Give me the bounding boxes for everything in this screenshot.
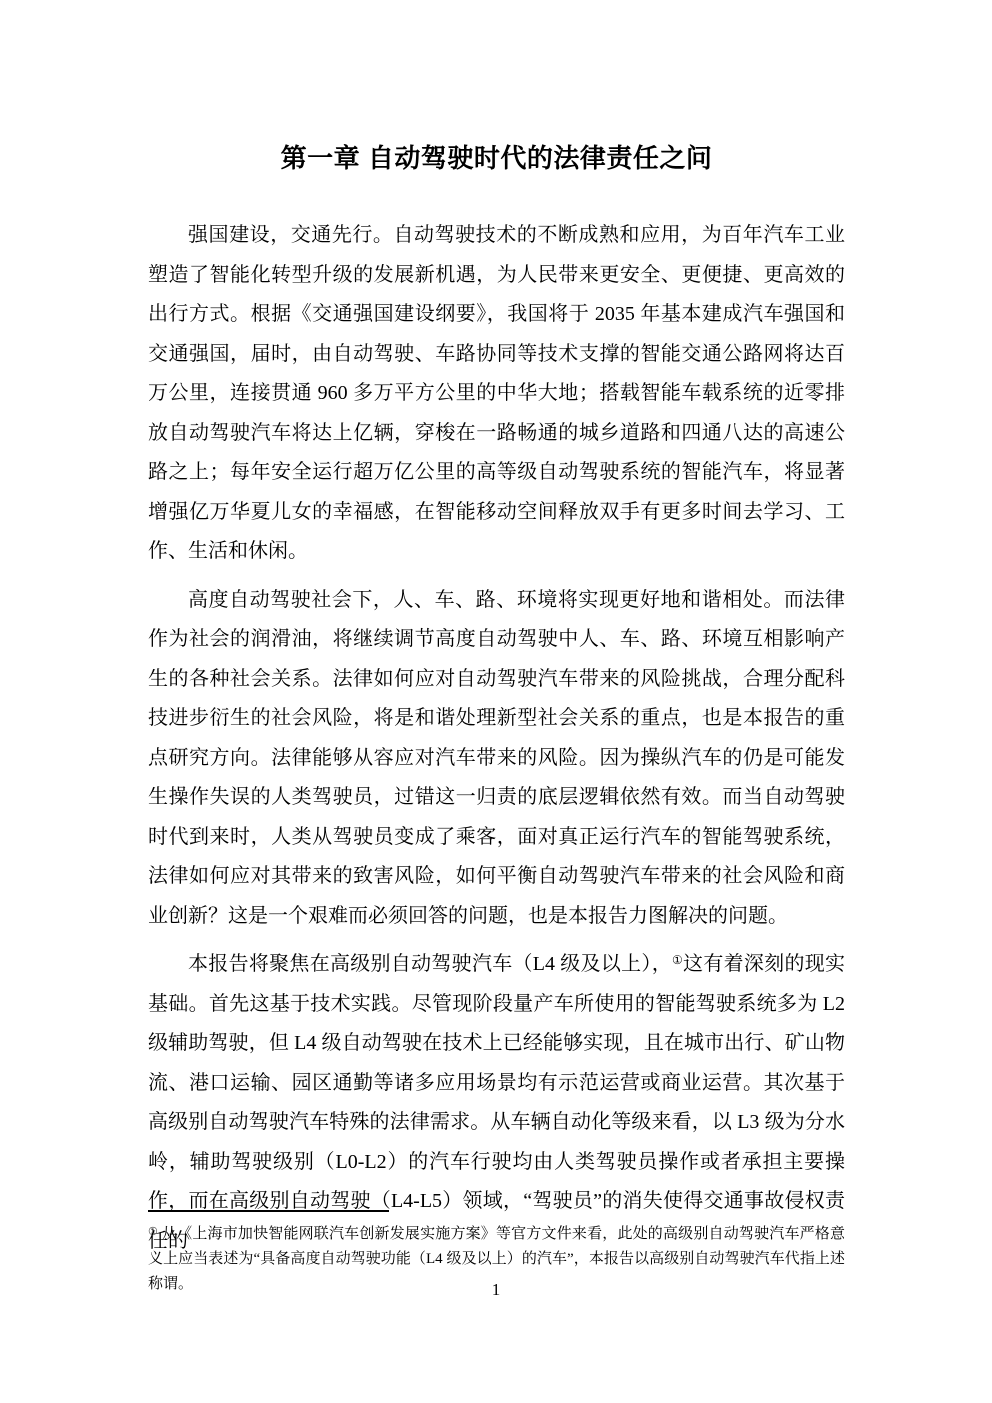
- page-number: 1: [0, 1278, 992, 1302]
- paragraph-3-text-before-ref: 本报告将聚焦在高级别自动驾驶汽车（L4 级及以上），: [188, 953, 672, 975]
- paragraph-3-text-after-ref: 这有着深刻的现实基础。首先这基于技术实践。尽管现阶段量产车所使用的智能驾驶系统多…: [148, 953, 845, 1252]
- body-text: 强国建设，交通先行。自动驾驶技术的不断成熟和应用，为百年汽车工业塑造了智能化转型…: [148, 216, 845, 1261]
- footnote-reference-marker: ①: [672, 953, 683, 967]
- chapter-title: 第一章 自动驾驶时代的法律责任之问: [148, 136, 845, 180]
- footnote-marker: ①: [148, 1226, 158, 1238]
- paragraph-1: 强国建设，交通先行。自动驾驶技术的不断成熟和应用，为百年汽车工业塑造了智能化转型…: [148, 216, 845, 572]
- document-page: 第一章 自动驾驶时代的法律责任之问 强国建设，交通先行。自动驾驶技术的不断成熟和…: [0, 0, 992, 1403]
- paragraph-2: 高度自动驾驶社会下，人、车、路、环境将实现更好地和谐相处。而法律作为社会的润滑油…: [148, 581, 845, 937]
- footnote-separator-rule: [148, 1210, 389, 1212]
